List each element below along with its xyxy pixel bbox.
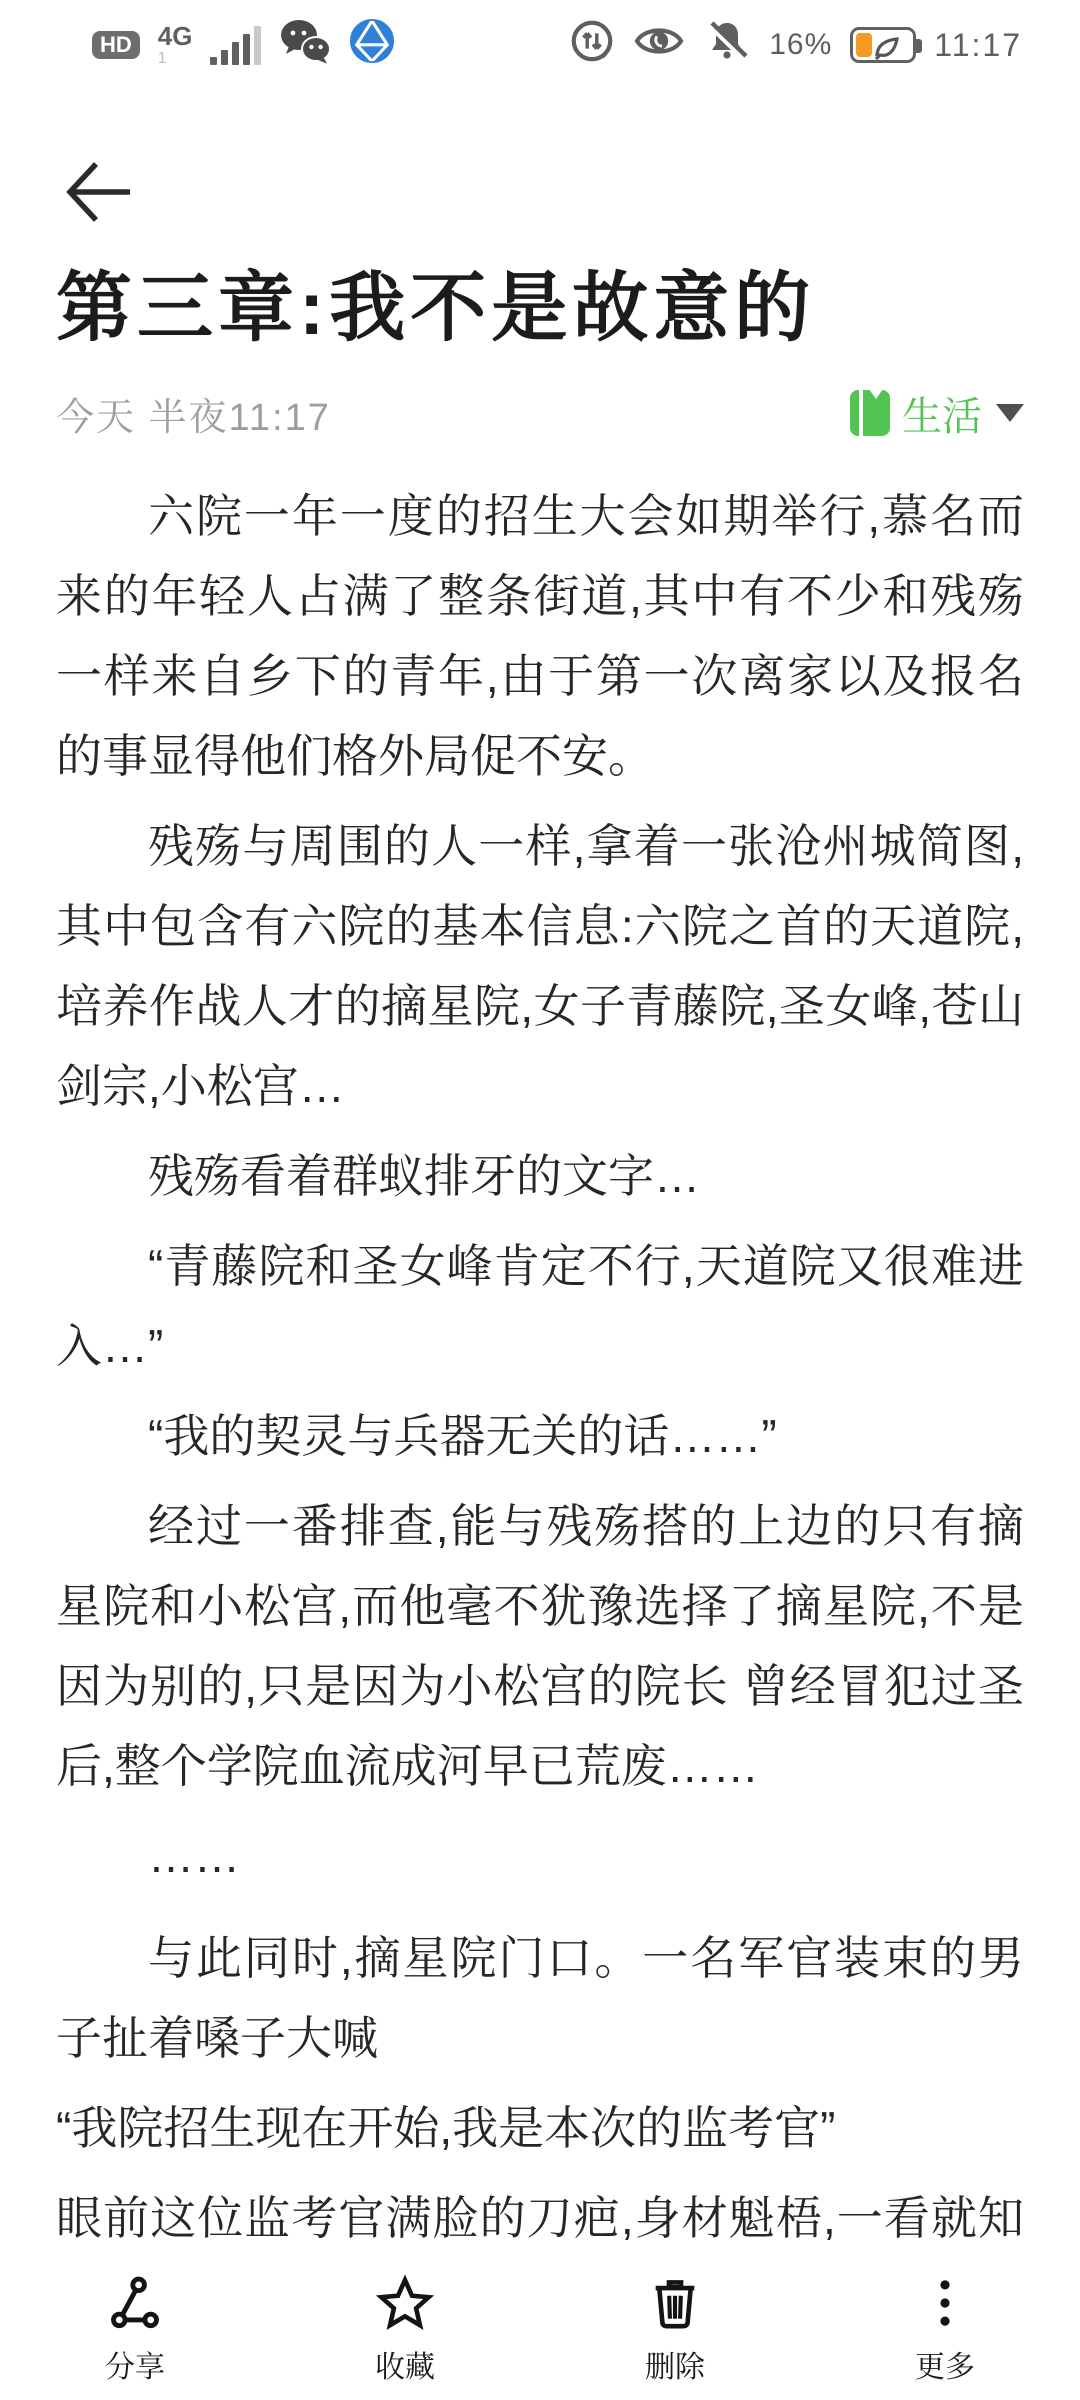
eye-comfort-icon [633, 18, 685, 72]
trash-icon [646, 2274, 704, 2332]
status-bar: HD 4G 1 [0, 0, 1080, 84]
paragraph: “我院招生现在开始,我是本次的监考官” [56, 2088, 1024, 2168]
network-4g-icon: 4G 1 [158, 23, 193, 67]
note-content[interactable]: 六院一年一度的招生大会如期举行,慕名而来的年轻人占满了整条街道,其中有不少和残殇… [0, 442, 1080, 2338]
paragraph: …… [56, 1816, 1024, 1896]
hd-badge-icon: HD [92, 31, 140, 59]
back-button[interactable] [56, 148, 142, 234]
paragraph: “青藤院和圣女峰肯定不行,天道院又很难进入…” [56, 1226, 1024, 1386]
paragraph: 六院一年一度的招生大会如期举行,慕名而来的年轻人占满了整条街道,其中有不少和残殇… [56, 476, 1024, 796]
category-label: 生活 [902, 385, 982, 442]
note-meta-row: 今天 半夜11:17 生活 [56, 385, 1024, 442]
battery-power-save-icon [850, 27, 916, 63]
clock-time: 11:17 [934, 27, 1022, 64]
paragraph: 与此同时,摘星院门口。一名军官装束的男子扯着嗓子大喊 [56, 1918, 1024, 2078]
tool-label: 分享 [105, 2342, 165, 2386]
tool-label: 删除 [645, 2342, 705, 2386]
share-icon [106, 2274, 164, 2332]
note-timestamp: 今天 半夜11:17 [56, 386, 331, 441]
browser-globe-icon [349, 18, 395, 72]
chevron-down-icon [996, 404, 1024, 422]
bottom-toolbar: 分享 收藏 删除 更多 [0, 2264, 1080, 2400]
more-icon [916, 2274, 974, 2332]
delete-button[interactable]: 删除 [540, 2264, 810, 2400]
notifications-off-icon [703, 17, 751, 73]
note-header: 第三章:我不是故意的 今天 半夜11:17 生活 [0, 148, 1080, 442]
wechat-icon [279, 18, 331, 72]
star-icon [376, 2274, 434, 2332]
signal-bars-icon [210, 25, 261, 65]
sim-indicator: 1 [158, 51, 167, 67]
notes-app-screen: HD 4G 1 [0, 0, 1080, 2400]
paragraph: “我的契灵与兵器无关的话……” [56, 1396, 1024, 1476]
paragraph: 残殇看着群蚁排牙的文字… [56, 1136, 1024, 1216]
notebook-tag-icon [850, 390, 890, 436]
note-title: 第三章:我不是故意的 [56, 260, 1024, 359]
paragraph: 经过一番排查,能与残殇搭的上边的只有摘星院和小松宫,而他毫不犹豫选择了摘星院,不… [56, 1486, 1024, 1806]
battery-percent: 16% [769, 28, 832, 62]
tool-label: 更多 [915, 2342, 975, 2386]
share-button[interactable]: 分享 [0, 2264, 270, 2400]
tool-label: 收藏 [375, 2342, 435, 2386]
category-selector[interactable]: 生活 [850, 385, 1024, 442]
favorite-button[interactable]: 收藏 [270, 2264, 540, 2400]
more-button[interactable]: 更多 [810, 2264, 1080, 2400]
data-usage-icon [569, 18, 615, 72]
paragraph: 残殇与周围的人一样,拿着一张沧州城简图,其中包含有六院的基本信息:六院之首的天道… [56, 806, 1024, 1126]
